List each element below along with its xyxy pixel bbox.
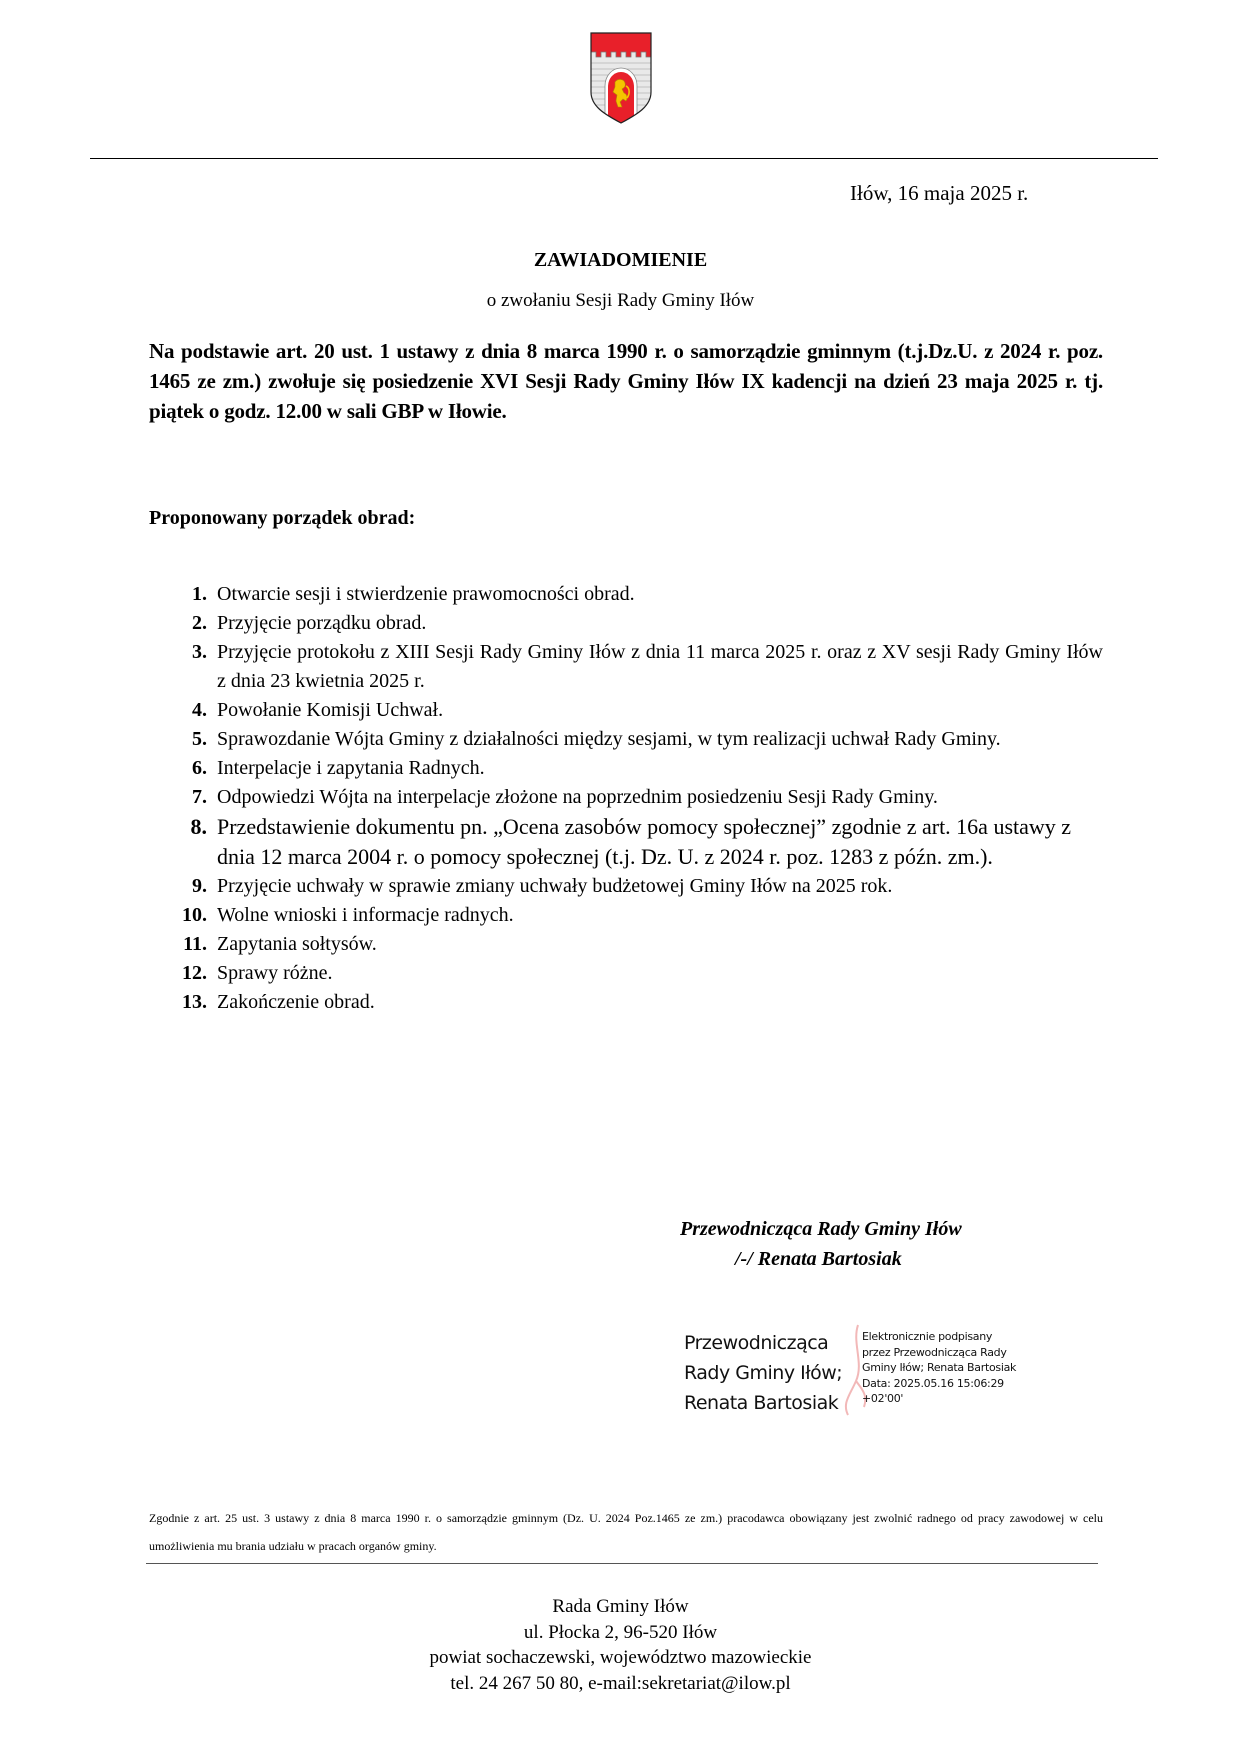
footer-line: Rada Gminy Iłów	[0, 1594, 1241, 1620]
agenda-item-number: 9.	[149, 872, 217, 901]
esig-signer-name: Przewodnicząca Rady Gminy Iłów; Renata B…	[684, 1328, 842, 1418]
agenda-item-text: Zakończenie obrad.	[217, 988, 1103, 1017]
esig-name-line: Rady Gminy Iłów;	[684, 1358, 842, 1388]
agenda-item-text: Przedstawienie dokumentu pn. „Ocena zaso…	[217, 812, 1103, 872]
esig-info-line: +02'00'	[862, 1391, 1016, 1407]
footer-line: powiat sochaczewski, województwo mazowie…	[0, 1645, 1241, 1671]
agenda-item: 6.Interpelacje i zapytania Radnych.	[149, 754, 1103, 783]
esig-info-line: Elektronicznie podpisany	[862, 1329, 1016, 1345]
agenda-item-text: Otwarcie sesji i stwierdzenie prawomocno…	[217, 580, 1103, 609]
agenda-list: 1.Otwarcie sesji i stwierdzenie prawomoc…	[149, 580, 1103, 1017]
agenda-heading: Proponowany porządek obrad:	[149, 507, 415, 530]
agenda-item-text: Zapytania sołtysów.	[217, 930, 1103, 959]
agenda-item-text: Przyjęcie protokołu z XIII Sesji Rady Gm…	[217, 638, 1103, 696]
agenda-item-text: Przyjęcie porządku obrad.	[217, 609, 1103, 638]
agenda-item-text: Sprawy różne.	[217, 959, 1103, 988]
place-date: Iłów, 16 maja 2025 r.	[850, 181, 1028, 206]
esig-name-line: Przewodnicząca	[684, 1328, 842, 1358]
coat-of-arms-icon	[588, 30, 654, 126]
signatory-title: Przewodnicząca Rady Gminy Iłów	[680, 1218, 962, 1241]
agenda-item-text: Wolne wnioski i informacje radnych.	[217, 901, 1103, 930]
notice-intro-paragraph: Na podstawie art. 20 ust. 1 ustawy z dni…	[149, 336, 1103, 426]
agenda-item-number: 8.	[149, 812, 217, 872]
notice-subtitle: o zwołaniu Sesji Rady Gminy Iłów	[0, 290, 1241, 312]
agenda-item-text: Przyjęcie uchwały w sprawie zmiany uchwa…	[217, 872, 1103, 901]
agenda-item-number: 3.	[149, 638, 217, 696]
agenda-item: 4.Powołanie Komisji Uchwał.	[149, 696, 1103, 725]
esig-name-line: Renata Bartosiak	[684, 1388, 842, 1418]
electronic-signature[interactable]: Przewodnicząca Rady Gminy Iłów; Renata B…	[684, 1328, 1064, 1428]
esig-info-line: przez Przewodnicząca Rady	[862, 1345, 1016, 1361]
signatory-name: /-/ Renata Bartosiak	[735, 1248, 902, 1271]
footer-divider	[146, 1563, 1098, 1564]
agenda-item-number: 2.	[149, 609, 217, 638]
agenda-item: 1.Otwarcie sesji i stwierdzenie prawomoc…	[149, 580, 1103, 609]
agenda-item: 12.Sprawy różne.	[149, 959, 1103, 988]
esig-info-line: Data: 2025.05.16 15:06:29	[862, 1376, 1016, 1392]
notice-title: ZAWIADOMIENIE	[0, 249, 1241, 272]
agenda-item-number: 7.	[149, 783, 217, 812]
agenda-item-number: 6.	[149, 754, 217, 783]
agenda-item: 3.Przyjęcie protokołu z XIII Sesji Rady …	[149, 638, 1103, 696]
footer-address: Rada Gminy Iłów ul. Płocka 2, 96-520 Iłó…	[0, 1594, 1241, 1696]
agenda-item: 2.Przyjęcie porządku obrad.	[149, 609, 1103, 638]
agenda-item-text: Powołanie Komisji Uchwał.	[217, 696, 1103, 725]
esig-details: Elektronicznie podpisany przez Przewodni…	[862, 1329, 1016, 1407]
agenda-item-number: 4.	[149, 696, 217, 725]
legal-note: Zgodnie z art. 25 ust. 3 ustawy z dnia 8…	[149, 1504, 1103, 1560]
footer-contact: tel. 24 267 50 80, e-mail:sekretariat@il…	[0, 1671, 1241, 1697]
agenda-item-number: 5.	[149, 725, 217, 754]
agenda-item: 8.Przedstawienie dokumentu pn. „Ocena za…	[149, 812, 1103, 872]
agenda-item-number: 13.	[149, 988, 217, 1017]
agenda-item-text: Sprawozdanie Wójta Gminy z działalności …	[217, 725, 1103, 754]
agenda-item-number: 10.	[149, 901, 217, 930]
agenda-item: 10.Wolne wnioski i informacje radnych.	[149, 901, 1103, 930]
agenda-item: 5.Sprawozdanie Wójta Gminy z działalnośc…	[149, 725, 1103, 754]
agenda-item: 9.Przyjęcie uchwały w sprawie zmiany uch…	[149, 872, 1103, 901]
footer-line: ul. Płocka 2, 96-520 Iłów	[0, 1620, 1241, 1646]
agenda-item-number: 12.	[149, 959, 217, 988]
header-divider	[90, 158, 1158, 159]
esig-info-line: Gminy Iłów; Renata Bartosiak	[862, 1360, 1016, 1376]
agenda-item-text: Interpelacje i zapytania Radnych.	[217, 754, 1103, 783]
agenda-item: 13.Zakończenie obrad.	[149, 988, 1103, 1017]
agenda-item: 7.Odpowiedzi Wójta na interpelacje złożo…	[149, 783, 1103, 812]
agenda-item-number: 11.	[149, 930, 217, 959]
agenda-item: 11.Zapytania sołtysów.	[149, 930, 1103, 959]
agenda-item-number: 1.	[149, 580, 217, 609]
agenda-item-text: Odpowiedzi Wójta na interpelacje złożone…	[217, 783, 1103, 812]
